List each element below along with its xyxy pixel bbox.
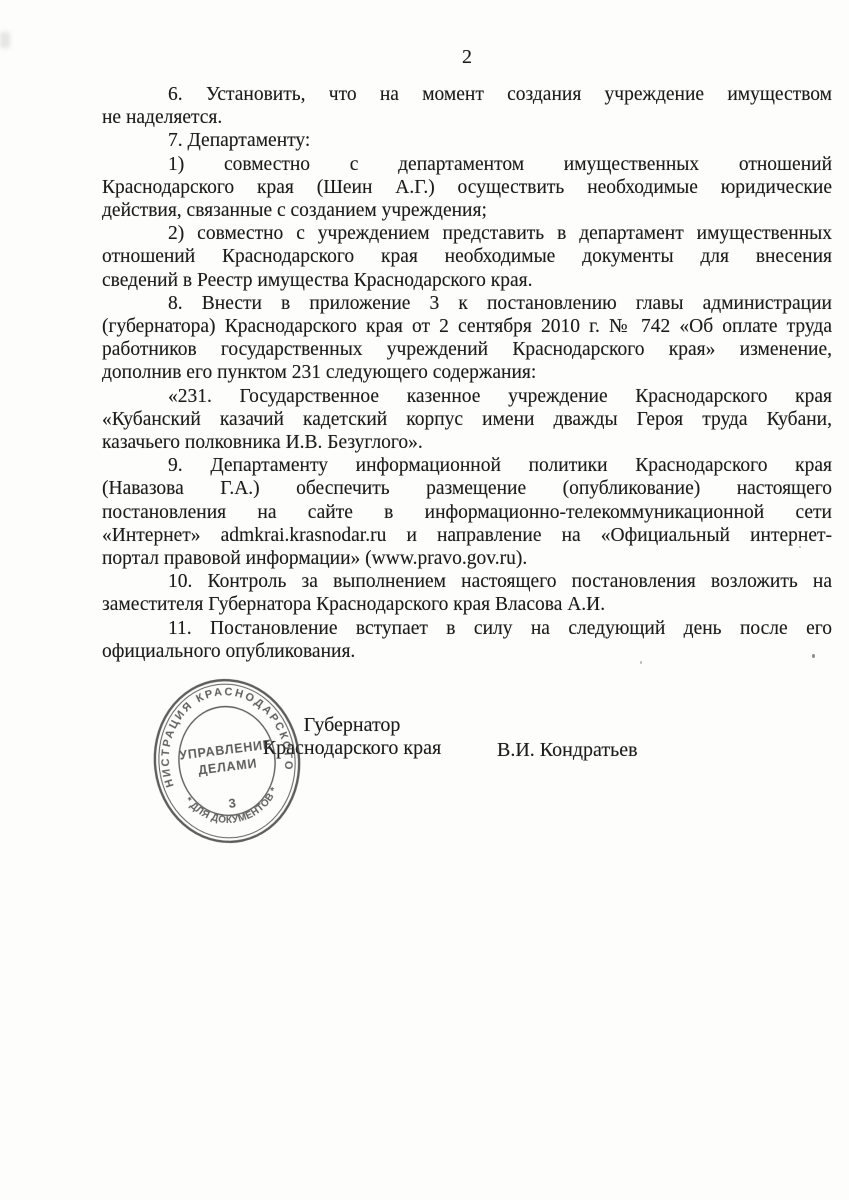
paragraph-7-2-line: отношений Краснодарского края необходимы…: [102, 245, 832, 268]
paragraph-7-1-line: действия, связанные с созданием учрежден…: [102, 199, 832, 222]
stamp-center-line2: ДЕЛАМИ: [197, 756, 258, 777]
signature-name: В.И. Кондратьев: [497, 739, 638, 762]
noise-speck: [821, 306, 824, 308]
noise-speck: [640, 661, 642, 664]
document-page: 2 6. Установить, что на момент создания …: [0, 0, 849, 1200]
stamp-center-line1: УПРАВЛЕНИЕ: [179, 737, 273, 762]
paragraph-6-line: не наделяется.: [102, 106, 832, 129]
paragraph-10-line: 10. Контроль за выполнением настоящего п…: [102, 570, 832, 593]
scan-smudge: [0, 32, 10, 48]
paragraph-8-line: работников государственных учреждений Кр…: [102, 338, 832, 361]
paragraph-7-2-line: 2) совместно с учреждением представить в…: [102, 222, 832, 245]
paragraph-9-line: 9. Департаменту информационной политики …: [102, 454, 832, 477]
paragraph-9-line: «Интернет» admkrai.krasnodar.ru и направ…: [102, 524, 832, 547]
paragraph-9-line: (Навазова Г.А.) обеспечить размещение (о…: [102, 477, 832, 500]
noise-speck: [799, 546, 801, 548]
paragraph-9-line: портал правовой информации» (www.pravo.g…: [102, 547, 832, 570]
paragraph-11-line: официального опубликования.: [102, 640, 832, 663]
paragraph-8-line: дополнив его пунктом 231 следующего соде…: [102, 361, 832, 384]
page-number: 2: [102, 46, 832, 68]
paragraph-9-line: постановления на сайте в информационно-т…: [102, 501, 832, 524]
stamp-number: 3: [228, 795, 237, 811]
noise-speck: [735, 186, 737, 188]
paragraph-8-line: (губернатора) Краснодарского края от 2 с…: [102, 315, 832, 338]
official-stamp-icon: АДМИНИСТРАЦИЯ КРАСНОДАРСКОГО КРАЯ * ДЛЯ …: [140, 667, 314, 855]
paragraph-11-line: 11. Постановление вступает в силу на сле…: [102, 617, 832, 640]
paragraph-8-line: 8. Внести в приложение 3 к постановлению…: [102, 292, 832, 315]
paragraph-7-1-line: 1) совместно с департаментом имущественн…: [102, 153, 832, 176]
paragraph-10-line: заместителя Губернатора Краснодарского к…: [102, 593, 832, 616]
paragraph-6-line: 6. Установить, что на момент создания уч…: [102, 83, 832, 106]
paragraph-231-line: казачьего полковника И.В. Безуглого».: [102, 431, 832, 454]
paragraph-7-2-line: сведений в Реестр имущества Краснодарско…: [102, 269, 832, 292]
paragraph-231-line: «Кубанский казачий кадетский корпус имен…: [102, 408, 832, 431]
paragraph-7-1-line: Краснодарского края (Шеин А.Г.) осуществ…: [102, 176, 832, 199]
paragraph-231-line: «231. Государственное казенное учреждени…: [102, 385, 832, 408]
noise-speck: [812, 654, 815, 658]
document-body: 6. Установить, что на момент создания уч…: [102, 83, 832, 663]
paragraph-7-line: 7. Департаменту:: [102, 129, 832, 152]
